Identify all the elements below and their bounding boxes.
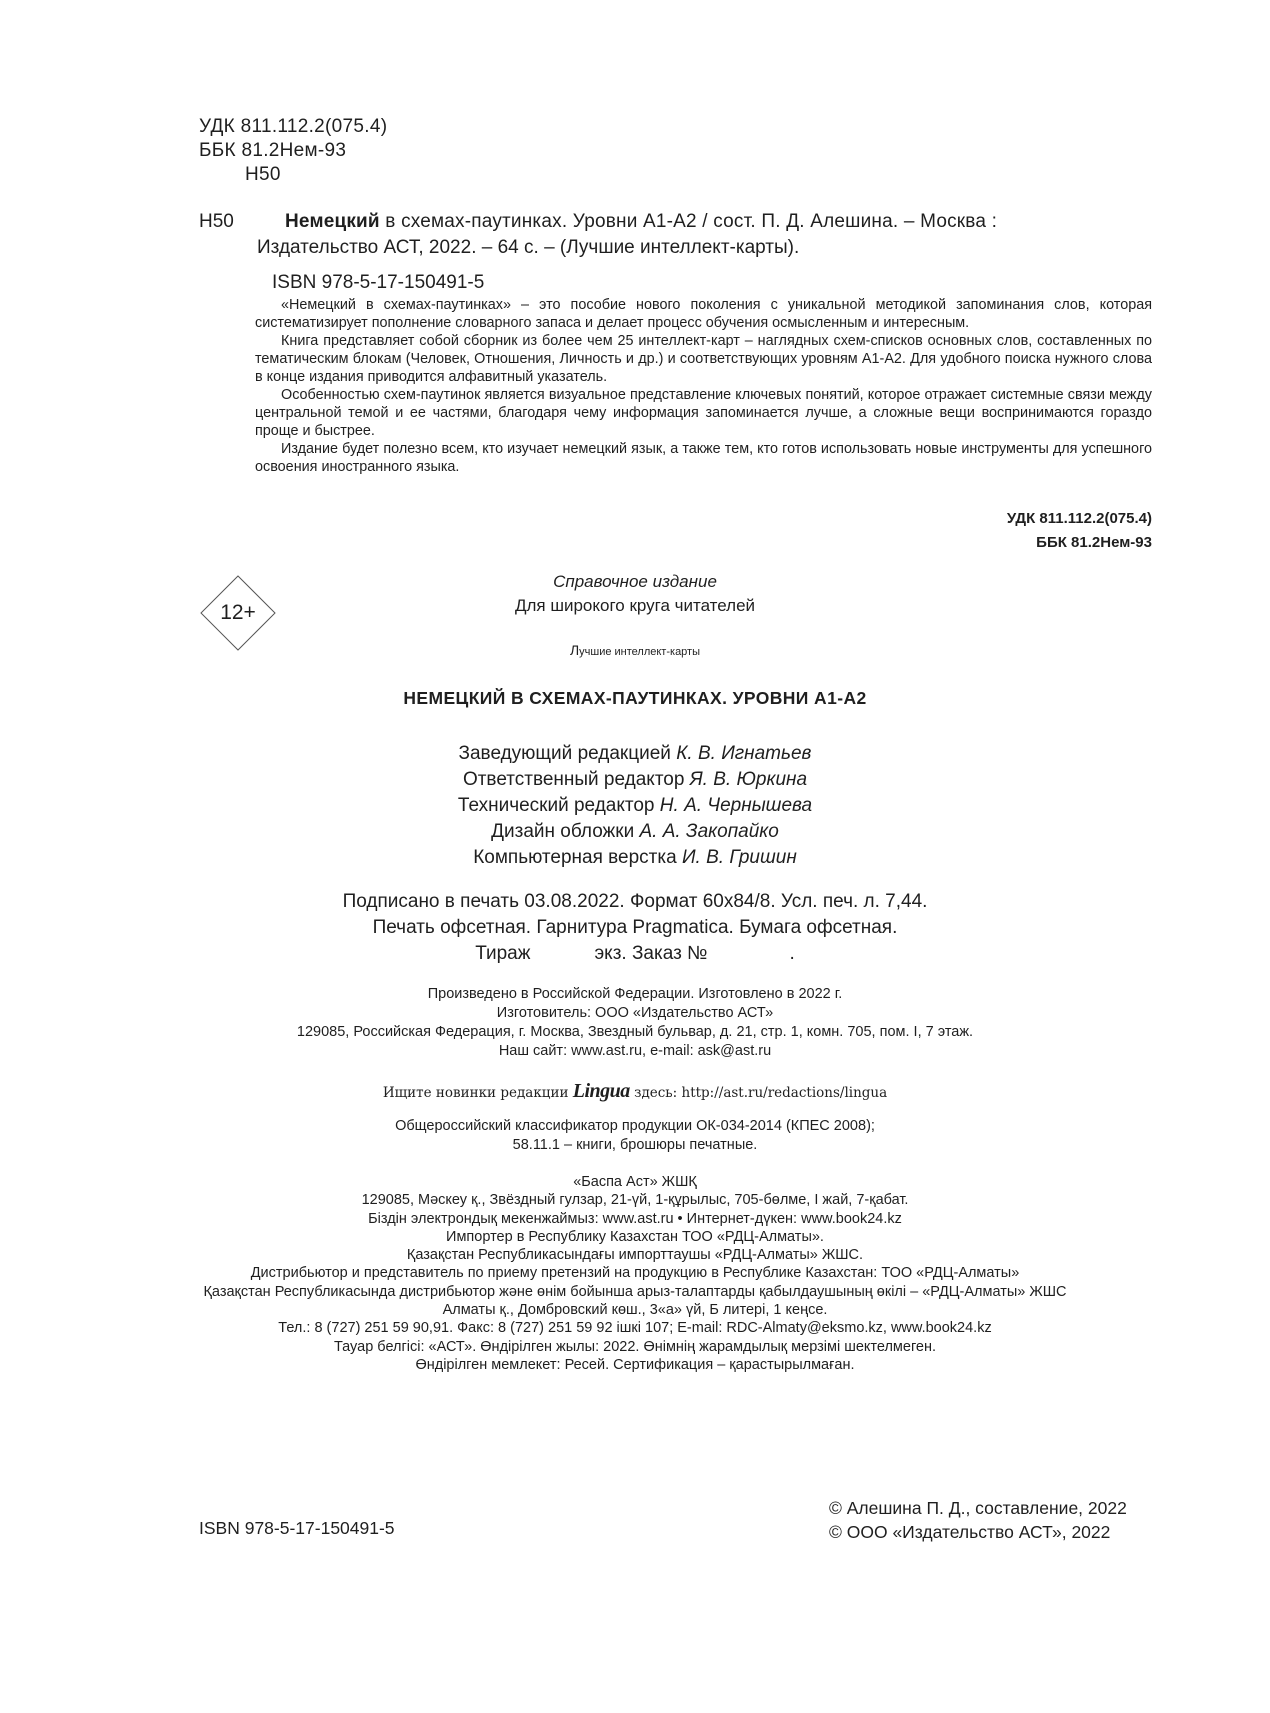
copyright-block: © Алешина П. Д., составление, 2022 © ООО… <box>829 1496 1127 1544</box>
print-line-2: Печать офсетная. Гарнитура Pragmatica. Б… <box>0 915 1270 941</box>
kazakhstan-info: «Баспа Аст» ЖШҚ 129085, Мәскеу қ., Звёзд… <box>0 1173 1270 1374</box>
staff-item: Компьютерная верстка И. В. Гришин <box>0 845 1270 871</box>
staff-item: Заведующий редакцией К. В. Игнатьев <box>0 741 1270 767</box>
audience: Для широкого круга читателей <box>0 596 1270 616</box>
copyright-line: © ООО «Издательство АСТ», 2022 <box>829 1520 1127 1544</box>
staff-name: А. А. Закопайко <box>639 821 778 842</box>
bib-line-1: Немецкий в схемах-паутинках. Уровни А1-А… <box>285 209 997 235</box>
staff-item: Технический редактор Н. А. Чернышева <box>0 793 1270 819</box>
staff-name: Н. А. Чернышева <box>660 795 812 816</box>
staff-name: Я. В. Юркина <box>690 769 807 790</box>
book-title: НЕМЕЦКИЙ В СХЕМАХ-ПАУТИНКАХ. УРОВНИ А1-А… <box>0 688 1270 709</box>
isbn-bottom: ISBN 978-5-17-150491-5 <box>199 1518 395 1539</box>
copyright-line: © Алешина П. Д., составление, 2022 <box>829 1496 1127 1520</box>
bib-isbn: ISBN 978-5-17-150491-5 <box>272 270 484 296</box>
edition-type: Справочное издание <box>0 572 1270 592</box>
classification-block: УДК 811.112.2(075.4) ББК 81.2Нем-93 Н50 <box>199 115 387 187</box>
udk-code-bold: УДК 811.112.2(075.4) <box>853 507 1152 531</box>
udk-code: УДК 811.112.2(075.4) <box>199 115 387 139</box>
classification-right: УДК 811.112.2(075.4) ББК 81.2Нем-93 <box>853 507 1152 555</box>
lingua-logo: Lingua <box>573 1080 630 1102</box>
series-first-letter: Л <box>570 642 579 658</box>
staff-item: Дизайн обложки А. А. Закопайко <box>0 819 1270 845</box>
annotation-paragraph: Издание будет полезно всем, кто изучает … <box>255 440 1152 476</box>
annotation-paragraph: «Немецкий в схемах-паутинках» – это посо… <box>255 296 1152 332</box>
annotation: «Немецкий в схемах-паутинках» – это посо… <box>255 296 1152 476</box>
annotation-paragraph: Книга представляет собой сборник из боле… <box>255 332 1152 386</box>
bbk-code-bold: ББК 81.2Нем-93 <box>853 531 1152 555</box>
staff-name: И. В. Гришин <box>682 847 797 868</box>
series-name: Лучшие интеллект-карты <box>0 642 1270 658</box>
annotation-paragraph: Особенностью схем-паутинок является визу… <box>255 386 1152 440</box>
staff-item: Ответственный редактор Я. В. Юркина <box>0 767 1270 793</box>
author-mark: Н50 <box>199 209 234 235</box>
staff-list: Заведующий редакцией К. В. Игнатьев Отве… <box>0 741 1270 871</box>
print-line-3: Тиражэкз. Заказ №. <box>0 941 1270 967</box>
bib-line-2: Издательство АСТ, 2022. – 64 с. – (Лучши… <box>257 235 799 261</box>
manufacturer-info: Произведено в Российской Федерации. Изго… <box>0 985 1270 1061</box>
print-info: Подписано в печать 03.08.2022. Формат 60… <box>0 889 1270 967</box>
lingua-line: Ищите новинки редакции Lingua здесь: htt… <box>0 1080 1270 1103</box>
bib-title-bold: Немецкий <box>285 211 380 232</box>
print-line-1: Подписано в печать 03.08.2022. Формат 60… <box>0 889 1270 915</box>
author-mark: Н50 <box>199 163 387 187</box>
series-rest: учшие интеллект-карты <box>579 646 700 658</box>
product-classifier: Общероссийский классификатор продукции О… <box>0 1117 1270 1155</box>
bib-title-rest: в схемах-паутинках. Уровни А1-А2 / сост.… <box>385 211 997 232</box>
bbk-code: ББК 81.2Нем-93 <box>199 139 387 163</box>
staff-name: К. В. Игнатьев <box>676 743 811 764</box>
